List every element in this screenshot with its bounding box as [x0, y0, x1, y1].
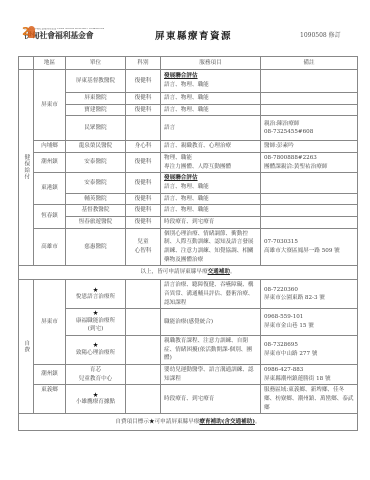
service-cell: 嬰幼兒運動醫學、語言溝通訓練、認知課程 — [161, 364, 261, 384]
dept-cell — [126, 364, 161, 384]
table-row: 屏東醫院 復健科 語言、物理、職能 — [19, 93, 358, 105]
col-header-note: 備註 — [261, 57, 358, 70]
unit-cell: 慈惠醫院 — [66, 228, 126, 266]
dept-cell — [126, 116, 161, 141]
insurance-footnote-row: 以上，皆可申請屏東縣早療交通補助。 — [19, 266, 358, 280]
note-cell — [261, 216, 358, 228]
col-header-unit: 單位 — [66, 57, 126, 70]
note-cell — [261, 93, 358, 105]
unit-cell: ★ 致陽心理治療所 — [66, 335, 126, 364]
dept-cell — [126, 335, 161, 364]
selfpay-footnote: 自費項目標示★可申請屏東縣早療療育補助(含交通補助)。 — [19, 414, 358, 431]
dept-cell: 兒童 心智科 — [126, 228, 161, 266]
dept-cell: 復健科 — [126, 104, 161, 116]
insurance-footnote: 以上，皆可申請屏東縣早療交通補助。 — [19, 266, 358, 280]
service-cell: 語言 — [161, 116, 261, 141]
service-cell: 語言、物理、職能 — [161, 205, 261, 217]
therapy-subsidy-link: 療育補助(含交通補助) — [199, 419, 255, 425]
service-cell: 發展聯合評估 語言、物理、職能 — [161, 70, 261, 93]
star-icon: ★ — [69, 310, 122, 317]
table-row: 輔英醫院 復健科 語言、物理、職能 — [19, 193, 358, 205]
service-cell: 職能治療(感覺統合) — [161, 309, 261, 336]
note-cell: 07-7030315 高雄市大寮區鳳屏一路 509 號 — [261, 228, 358, 266]
service-cell: 個別心理治療、情緒調節、衝動控制、人際互動訓練、認知及語言發展訓練、注意力訓練、… — [161, 228, 261, 266]
service-cell: 時段療育、到宅療育 — [161, 385, 261, 414]
note-cell: 0968-559-101 屏東市金山巷 15 號 — [261, 309, 358, 336]
dept-cell: 身心科 — [126, 141, 161, 153]
selfpay-footnote-row: 自費項目標示★可申請屏東縣早療療育補助(含交通補助)。 — [19, 414, 358, 431]
service-cell: 語言、物理、職能 — [161, 104, 261, 116]
note-cell: 親治:陳治療師 08-7325455#608 — [261, 116, 358, 141]
col-header-service: 服務項目 — [161, 57, 261, 70]
unit-cell: 寶建醫院 — [66, 104, 126, 116]
unit-cell: 民眾醫院 — [66, 116, 126, 141]
logo-chinese: 伊甸社會福利基金會 — [24, 31, 104, 39]
service-cell: 發展聯合評估 語言、物理、職能 — [161, 173, 261, 193]
service-highlight: 發展聯合評估 — [164, 175, 198, 181]
table-row: ★ 康福職能治療所 (到宅) 職能治療(感覺統合) 0968-559-101 屏… — [19, 309, 358, 336]
dept-cell — [126, 385, 161, 414]
table-row: 恆春鎮 基督教醫院 復健科 語言、物理、職能 — [19, 205, 358, 217]
table-row: 內埔鄉 龍泉榮民醫院 身心科 語言、親職教育、心理治療 醫師:彭素吟 — [19, 141, 358, 153]
service-cell: 親職教育課程、注意力訓練、自閉症、情緒困擾(依活動開課-個別、團體) — [161, 335, 261, 364]
unit-cell: 龍泉榮民醫院 — [66, 141, 126, 153]
note-cell: 08-7220360 屏東市公園東路 82-3 號 — [261, 280, 358, 309]
note-cell — [261, 104, 358, 116]
region-cell: 潮州鎮 — [34, 152, 66, 172]
document-header: 2 財團法人伊甸社會福利基金會 EDEN SOCIAL WELFARE FOUN… — [0, 0, 370, 55]
region-cell: 高雄市 — [34, 228, 66, 266]
table-row: 健保給付 屏東市 屏東基督教醫院 復健科 發展聯合評估 語言、物理、職能 — [19, 70, 358, 93]
table-row: 自費 屏東市 ★ 悅恩語言治療所 語言治療、聽障復健、吞嚥障礙、構音異常、溝通輔… — [19, 280, 358, 309]
unit-cell: 屏東醫院 — [66, 93, 126, 105]
section-label-selfpay: 自費 — [19, 280, 34, 414]
resource-table: 地區 單位 科別 服務項目 備註 健保給付 屏東市 屏東基督教醫院 復健科 發展… — [18, 56, 358, 431]
table-row: 東港鎮 安泰醫院 復健科 發展聯合評估 語言、物理、職能 — [19, 173, 358, 193]
unit-cell: ★ 悅恩語言治療所 — [66, 280, 126, 309]
dept-cell: 復健科 — [126, 70, 161, 93]
region-cell: 恆春鎮 — [34, 205, 66, 228]
dept-cell: 復健科 — [126, 173, 161, 193]
foundation-logo: 2 財團法人伊甸社會福利基金會 EDEN SOCIAL WELFARE FOUN… — [22, 26, 102, 40]
note-cell: 0986-427-883 屏東縣潮州鎮蓮勝街 18 號 — [261, 364, 358, 384]
region-cell: 屏東市 — [34, 280, 66, 365]
dept-cell: 復健科 — [126, 193, 161, 205]
table-row: 潮州鎮 安泰醫院 復健科 物理、職能 專注力團體、人際互動團體 08-78008… — [19, 152, 358, 172]
dept-cell: 復健科 — [126, 93, 161, 105]
note-cell: 醫師:彭素吟 — [261, 141, 358, 153]
star-icon: ★ — [69, 287, 122, 294]
service-cell: 物理、職能 專注力團體、人際互動團體 — [161, 152, 261, 172]
unit-cell: 恆春旅遊醫院 — [66, 216, 126, 228]
dept-cell: 復健科 — [126, 216, 161, 228]
col-header-category — [19, 57, 34, 70]
transport-subsidy-link: 交通補助 — [208, 269, 230, 275]
table-row: 恆春旅遊醫院 復健科 時段療育、到宅療育 — [19, 216, 358, 228]
table-row: ★ 致陽心理治療所 親職教育課程、注意力訓練、自閉症、情緒困擾(依活動開課-個別… — [19, 335, 358, 364]
table-row: 潮州鎮 育芯 兒童教育中心 嬰幼兒運動醫學、語言溝通訓練、認知課程 0986-4… — [19, 364, 358, 384]
star-icon: ★ — [69, 392, 122, 399]
table-row: 寶建醫院 復健科 語言、物理、職能 — [19, 104, 358, 116]
table-row: 民眾醫院 語言 親治:陳治療師 08-7325455#608 — [19, 116, 358, 141]
dept-cell — [126, 280, 161, 309]
note-cell: 08-7328695 屏東市中山路 277 號 — [261, 335, 358, 364]
star-icon: ★ — [69, 342, 122, 349]
unit-cell: ★ 小雄鷹療育據點 — [66, 385, 126, 414]
table-row: 高雄市 慈惠醫院 兒童 心智科 個別心理治療、情緒調節、衝動控制、人際互動訓練、… — [19, 228, 358, 266]
service-cell: 語言、親職教育、心理治療 — [161, 141, 261, 153]
unit-cell: 輔英醫院 — [66, 193, 126, 205]
unit-cell: 育芯 兒童教育中心 — [66, 364, 126, 384]
service-cell: 語言、物理、職能 — [161, 193, 261, 205]
note-cell — [261, 70, 358, 93]
note-cell — [261, 193, 358, 205]
col-header-region: 地區 — [34, 57, 66, 70]
region-cell: 內埔鄉 — [34, 141, 66, 153]
table-header-row: 地區 單位 科別 服務項目 備註 — [19, 57, 358, 70]
service-cell: 語言、物理、職能 — [161, 93, 261, 105]
section-label-insurance: 健保給付 — [19, 70, 34, 266]
dept-cell — [126, 309, 161, 336]
note-cell: 服務區域:東義鄉、新埤鄉、佳冬鄉、枋寮鄉、潮州鎮、萬巒鄉、泰武鄉 — [261, 385, 358, 414]
region-cell: 東港鎮 — [34, 173, 66, 205]
unit-cell: ★ 康福職能治療所 (到宅) — [66, 309, 126, 336]
note-cell — [261, 173, 358, 193]
col-header-dept: 科別 — [126, 57, 161, 70]
region-cell: 屏東市 — [34, 70, 66, 141]
dept-cell: 復健科 — [126, 205, 161, 217]
unit-cell: 安泰醫院 — [66, 173, 126, 193]
note-cell — [261, 205, 358, 217]
page-title: 屏東縣療育資源 — [155, 28, 232, 42]
region-cell: 東義鄉 — [34, 385, 66, 414]
region-cell: 潮州鎮 — [34, 364, 66, 384]
service-cell: 時段療育、到宅療育 — [161, 216, 261, 228]
revision-date: 1090508 修訂 — [300, 30, 341, 39]
unit-cell: 屏東基督教醫院 — [66, 70, 126, 93]
table-row: 東義鄉 ★ 小雄鷹療育據點 時段療育、到宅療育 服務區域:東義鄉、新埤鄉、佳冬鄉… — [19, 385, 358, 414]
unit-cell: 安泰醫院 — [66, 152, 126, 172]
service-cell: 語言治療、聽障復健、吞嚥障礙、構音異常、溝通輔具評估、藝術治療、認知課程 — [161, 280, 261, 309]
note-cell: 08-7800888#2263 團體課親洽:黃聖祐治療師 — [261, 152, 358, 172]
service-highlight: 發展聯合評估 — [164, 73, 198, 79]
dept-cell: 復健科 — [126, 152, 161, 172]
unit-cell: 基督教醫院 — [66, 205, 126, 217]
